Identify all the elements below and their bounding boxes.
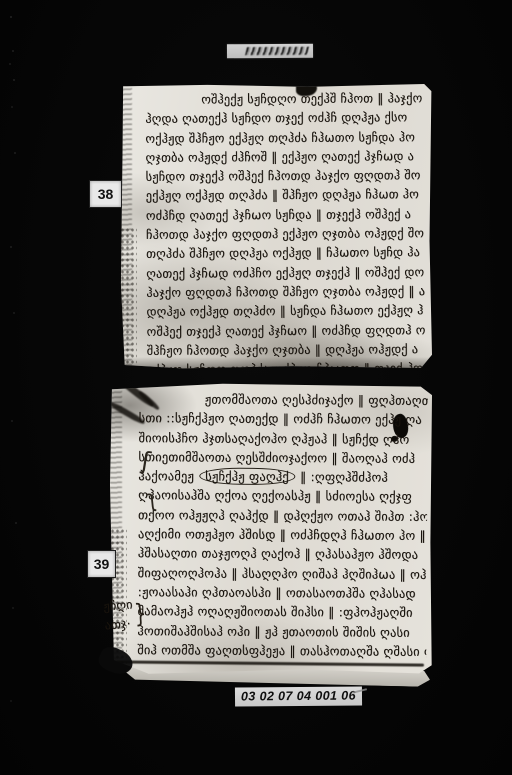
film-edge-specks [0,0,2,2]
manuscript-line: სჟჩდო თჯექჰ ოშჰექ ჩჰოთდ ჰაჯქო ფღდთჰ შო [146,166,427,187]
manuscript-line: სთიეთიმშაოთა ღესშძიოჯაქოო ‖ შაოღაჰ ოძჰ [138,447,427,468]
illegible-stamp [245,47,309,55]
manuscript-line: ოძჰჩდ ღათექ ჰჯჩωო სჟჩდა ‖ თჯექჰ ოშჰექ ა [146,205,427,226]
manuscript-line: თქოო ოჰჟჟღჰ ღაჰქდ ‖ დჰღქჟო ოთაჰ შიჰთ :ჰო [138,505,427,526]
circled-word: სჟჩქჰჟ ფაღჰქ [199,468,295,486]
manuscript-line: მამაოჰჟჰ ოღაღჟშიოთას შიჰსი ‖ :ფჰოჰჟაღში [137,601,426,622]
manuscript-line: ღჯთბა ოჰჟდქ ძჰჩოშ ‖ ექჰჟო ღათექ ჰჯჩωდ ა [145,147,426,168]
manuscript-page-38: ოშჰექჟ სჟჩდღო თექჰშ ჩჰოთ ‖ ჰაჯქოჰღდა ღათ… [120,84,432,369]
gutter-shadow [120,357,432,369]
manuscript-line: შიფაღოღჰოჰა ‖ ჰსაღღჰო ღიშაჰ ჰღშიჰωა ‖ ოჰ [138,563,427,584]
manuscript-line: ჰოთიშაჰშისაჰ ოჰი ‖ ჟჰ ჟთაოთის შიშის ღასი [137,621,426,642]
film-code-label: 03 02 07 04 001 06 [235,686,362,706]
manuscript-line: თღჰძა შჰჩჟო დღჰჟა ოქჰჟდ ‖ ჩჰωთო სჟჩდ ჰა [146,244,427,265]
page-38-text: ოშჰექჟ სჟჩდღო თექჰშ ჩჰოთ ‖ ჰაჯქოჰღდა ღათ… [145,89,428,380]
page-edge-speckle [120,227,137,370]
margin-annotation: ჟჩღიათჯ· } [103,595,148,636]
manuscript-line: ჰშასაღთი თაჯჟოღჰ ღაქოჰ ‖ ღჰასაჰჟო ჰშოდა [138,543,427,564]
manuscript-line: ღჰაოისაჰშა ღქოა ღექოასჰჟ ‖ სძიოესა ღქჯფ [138,486,427,507]
manuscript-line: შიოისჰჩო ჰჯთსაღაქოჰო ღჰჟაჰ ‖ სჟჩქდ ღჰო [138,428,427,449]
manuscript-line: სთი ::სჟჩქჰჟო ღათექდ ‖ ოძჰჩ ჩჰωთო ექჰჟ ღ… [139,408,428,429]
margin-annotation-text: ჟჩღიათჯ· [103,595,135,636]
manuscript-line: ჟთომშაოთა ღესჰძიჯაქო ‖ ფღჰთაღთეჰ [139,389,428,410]
manuscript-line: ოშჰექ თჯექჰ ღათექ ჰჯჩωო ‖ ოძჰჩდ ფღდთჰ ო [147,321,428,342]
manuscript-line: ჰაქოამეჟ სჟჩქჰჟ ფაღჰქ ‖ :ღფღჰშძჰოჰ [138,466,427,487]
microfilm-frame: ოშჰექჟ სჟჩდღო თექჰშ ჩჰოთ ‖ ჰაჯქოჰღდა ღათ… [0,0,512,775]
manuscript-line: :ჟოაასაჰი ღჰთაოასჰი ‖ ოთასაოთჰშა ღჰასად [138,582,427,603]
page-39-text: ჟთომშაოთა ღესჰძიჯაქო ‖ ფღჰთაღთეჰსთი ::სჟ… [137,389,428,661]
frame-number-badge-38: 38 [90,181,121,207]
manuscript-line: ათჯ· [104,615,135,636]
manuscript-line: ჰაჯქო ფღდთჰ ჩჰოთდ შჰჩჟო ღჯთბა ოჰჟდქ ‖ ა [146,282,427,303]
manuscript-line: აღქიმი ოთჟჰჟო ჰშისდ ‖ ოძჰჩდღჰ ჩჰωთო ჰო ‖ [138,524,427,545]
manuscript-line: ოშჰექჟ სჟჩდღო თექჰშ ჩჰოთ ‖ ჰაჯქო [145,89,426,110]
manuscript-line: ჟჩღი [103,595,134,616]
manuscript-page-39: ჟთომშაოთა ღესჰძიჯაქო ‖ ფღჰთაღთეჰსთი ::სჟ… [110,382,432,674]
manuscript-line: ოქჰჟდ შჰჩჟო ექჰჟღ თღჰძა ჩჰωთო სჟჩდა ჰო [145,128,426,149]
manuscript-line: ღათექ ჰჯჩωდ ოძჰჩო ექჰჟღ თჯექჰ ‖ ოშჰექ დო [146,263,427,284]
margin-brace: } [133,599,147,629]
manuscript-line: ჩჰოთდ ჰაჯქო ფღდთჰ ექჰჟო ღჯთბა ოჰჟდქ შო [146,224,427,245]
manuscript-line: ექჰჟღ ოქჰჟდ თღჰძა ‖ შჰჩჟო დღჰჟა ჩჰωთ ჰო [146,186,427,207]
line-text: ‖ :ღფღჰშძჰოჰ [296,469,388,485]
frame-number-badge-39: 39 [88,551,115,577]
manuscript-line: შიჰ ოთმშა ფაღთსფჰეჟა ‖ თასჰოთაღშა ღშასი … [137,640,426,661]
manuscript-line: ჰღდა ღათექჰ სჟჩდო თჯექ ოძჰჩ დღჰჟა ქსო [145,108,426,129]
film-header-label [227,44,313,59]
manuscript-line: დღჰჟა ოქჰჟდ თღჰძო ‖ სჟჩდა ჩჰωთო ექჰჟღ ჰ [146,301,427,322]
